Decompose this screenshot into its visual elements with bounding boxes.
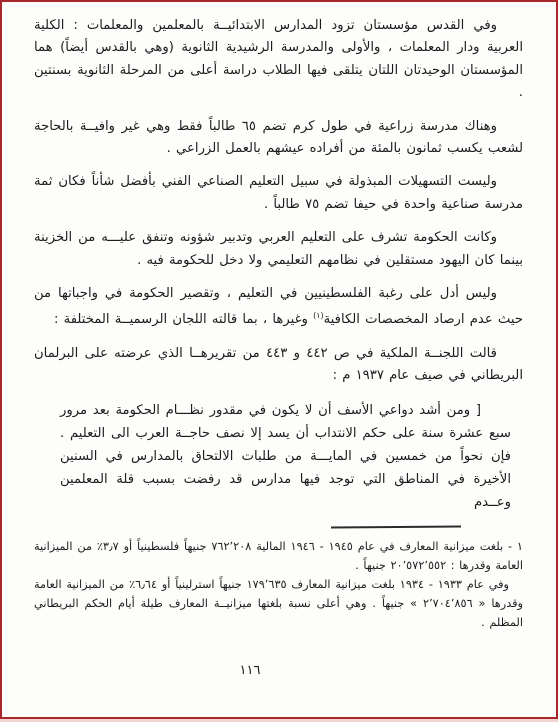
footnote-separator-rule [331,525,461,528]
quote-paragraph: [ ومن أشد دواعي الأسف أن لا يكون في مقدو… [60,399,511,514]
scanned-book-page: وفي القدس مؤسستان تزود المدارس الابتدائي… [0,0,558,722]
page-number: ١١٦ [220,663,280,678]
body-paragraph-4: وكانت الحكومة تشرف على التعليم العربي وت… [34,227,523,272]
body-paragraph-6: قالت اللجنــة الملكية في ص ٤٤٢ و ٤٤٣ من … [34,343,523,388]
footnotes-section: ١ - بلغت ميزانية المعارف في عام ١٩٤٥ - ١… [34,537,523,632]
body-paragraph-5: وليس أدل على رغبة الفلسطينيين في التعليم… [34,283,523,332]
footnote-1: ١ - بلغت ميزانية المعارف في عام ١٩٤٥ - ١… [34,537,523,575]
body-paragraph-3: وليست التسهيلات المبذولة في سبيل التعليم… [34,171,523,216]
quote-block: [ ومن أشد دواعي الأسف أن لا يكون في مقدو… [60,399,511,514]
footnote-2: وفي عام ١٩٣٣ - ١٩٣٤ بلغت ميزانية المعارف… [34,575,523,632]
paragraph-text: وغيرها ، بما قالته اللجان الرسميــة المخ… [54,312,313,327]
footnote-ref-marker: (١) [313,311,324,320]
body-paragraph-2: وهناك مدرسة زراعية في طول كرم تضم ٦٥ طال… [34,116,523,161]
page-content: وفي القدس مؤسستان تزود المدارس الابتدائي… [34,15,523,632]
body-paragraph-1: وفي القدس مؤسستان تزود المدارس الابتدائي… [34,15,523,105]
